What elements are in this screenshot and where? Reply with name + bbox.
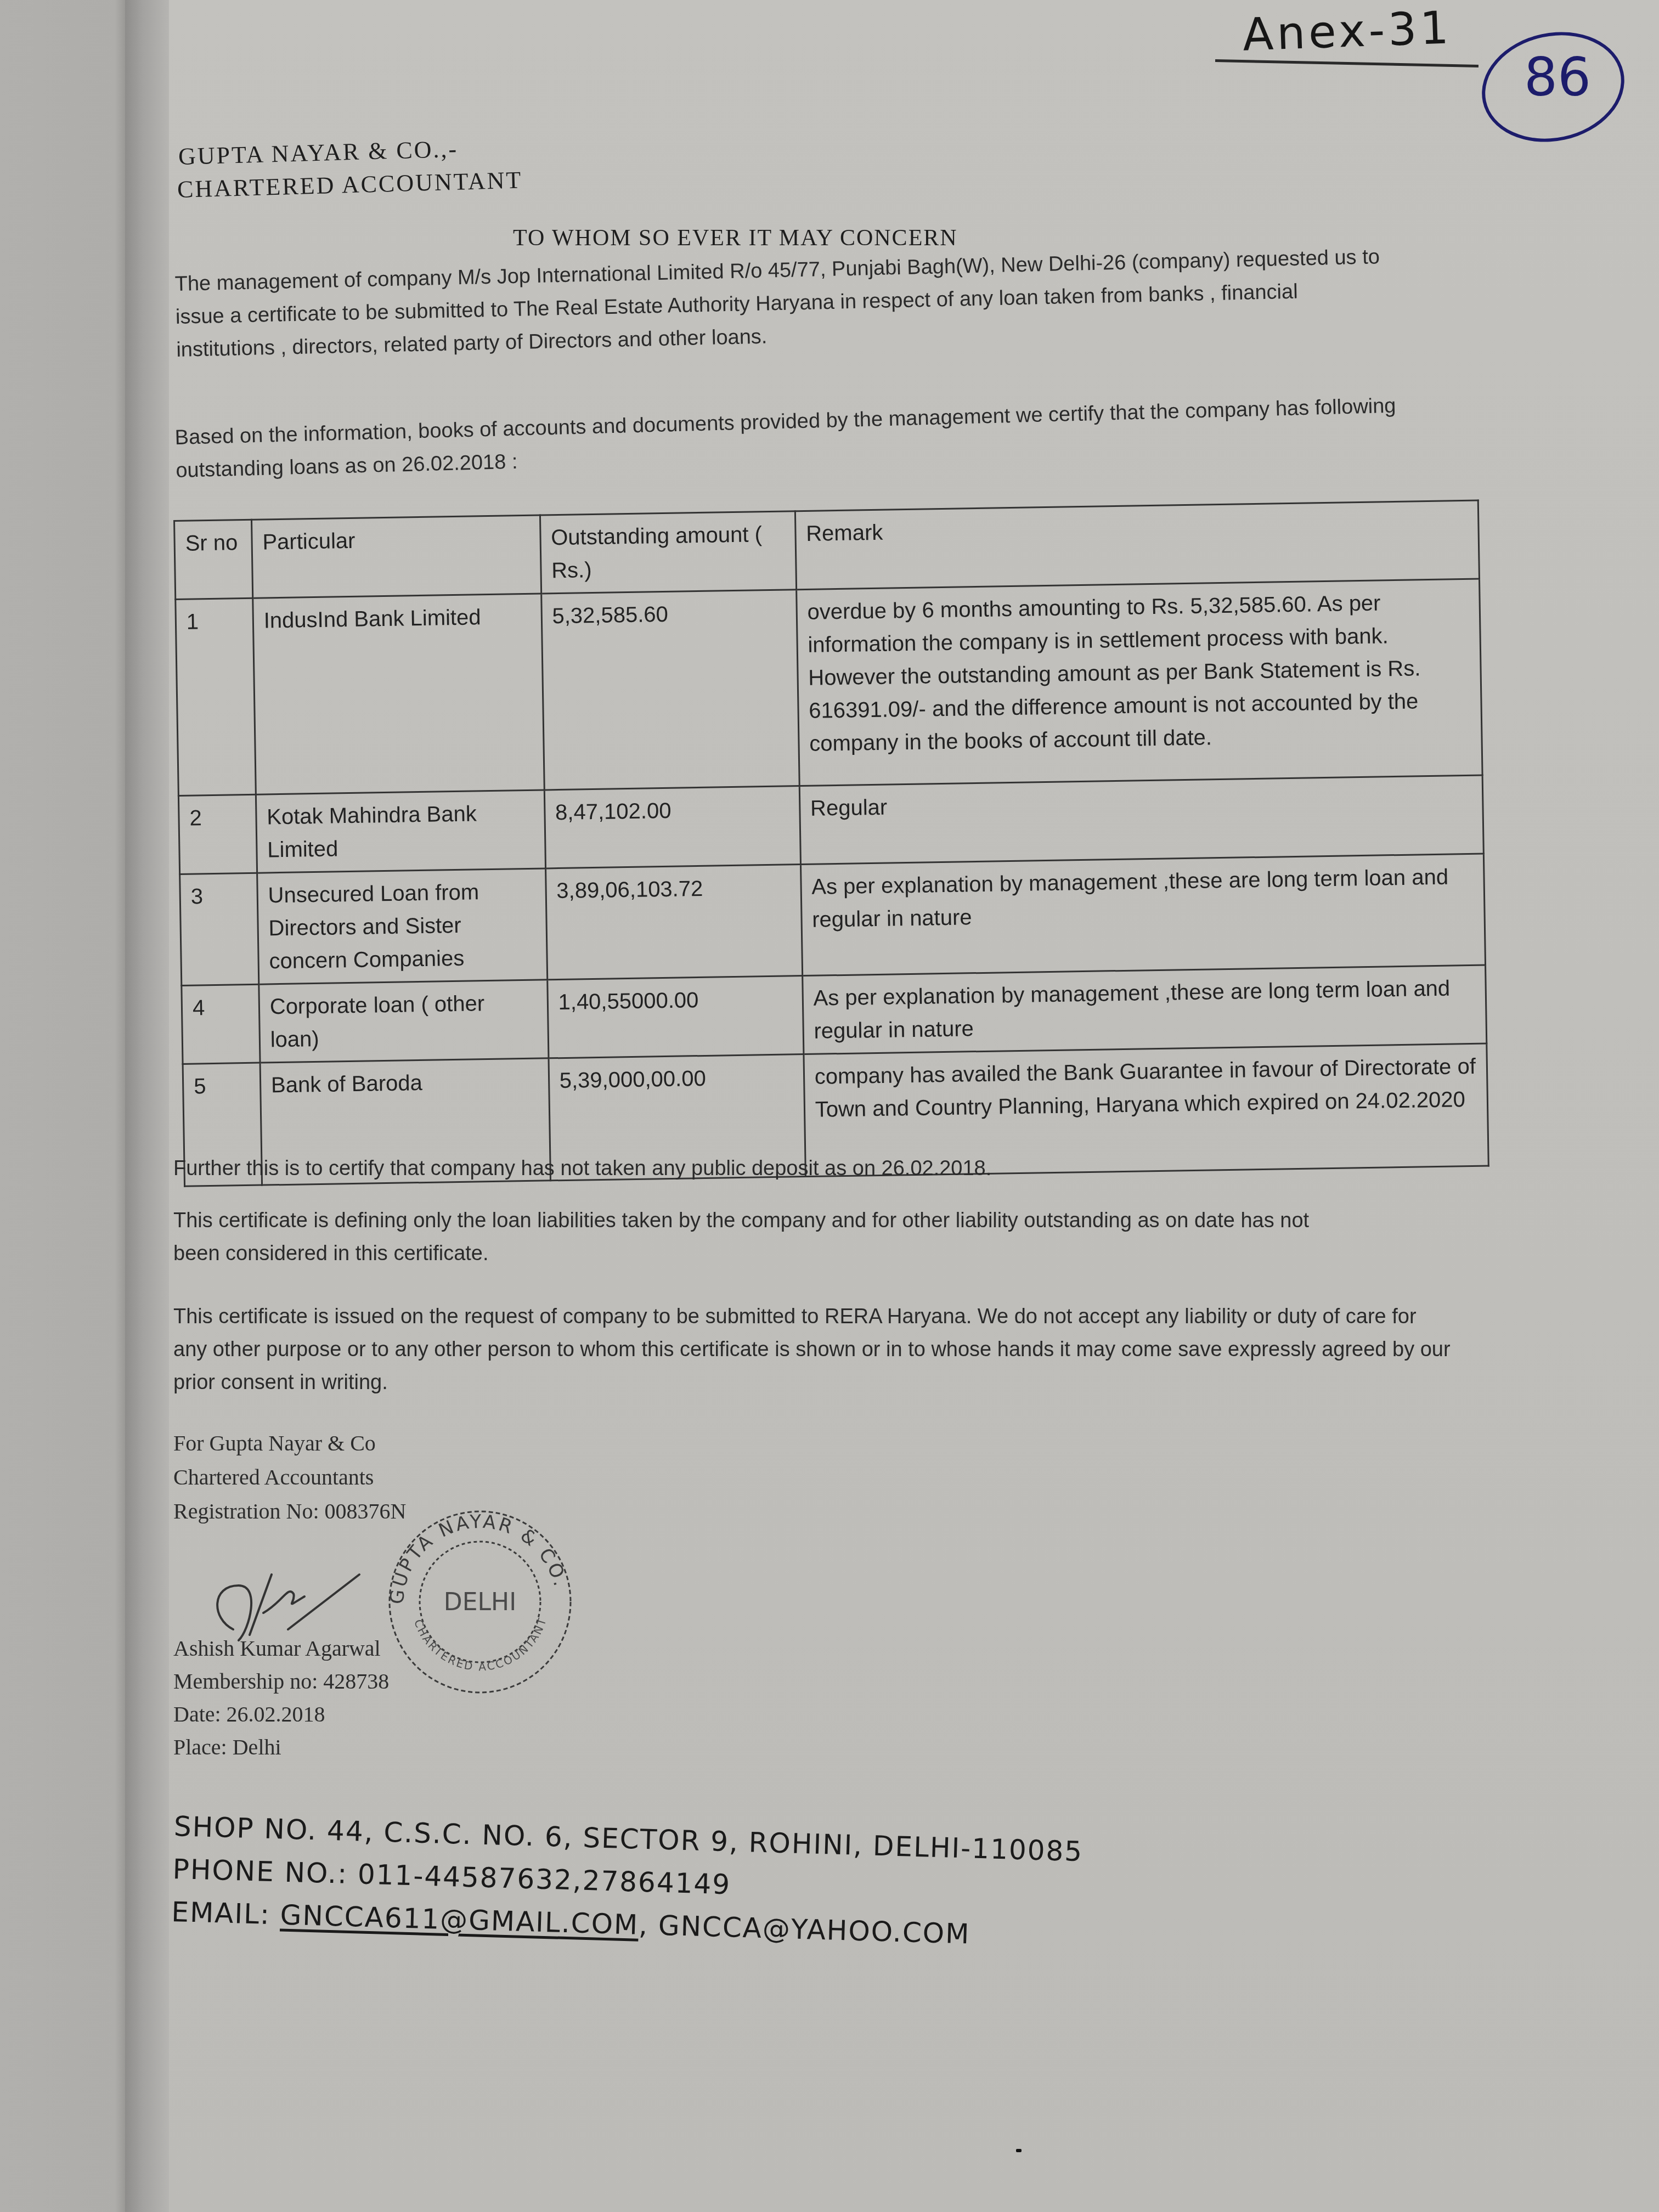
cell-sr-no: 2 (178, 794, 257, 874)
page-number: 86 (1524, 47, 1591, 108)
document-title: TO WHOM SO EVER IT MAY CONCERN (513, 225, 958, 251)
paper-speck (1016, 2149, 1022, 2152)
cell-amount: 8,47,102.00 (544, 786, 800, 868)
header-remark: Remark (795, 500, 1479, 590)
email-secondary: , GNCCA@YAHOO.COM (638, 1909, 970, 1950)
binding-gutter-shadow (125, 0, 169, 2212)
disclaimer-paragraph: This certificate is issued on the reques… (173, 1300, 1452, 1399)
cell-remark: As per explanation by management ,these … (802, 965, 1486, 1054)
cell-particular: Kotak Mahindra Bank Limited (256, 790, 545, 873)
annex-handwritten-label: Anex-31 (1242, 2, 1453, 61)
certificate-date: Date: 26.02.2018 (173, 1698, 389, 1731)
public-deposit-paragraph: Further this is to certify that company … (173, 1152, 1435, 1185)
outstanding-loans-table: Sr no Particular Outstanding amount ( Rs… (173, 500, 1489, 1187)
cell-amount: 1,40,55000.00 (547, 976, 803, 1058)
cell-sr-no: 3 (180, 873, 259, 985)
left-page-edge (0, 0, 125, 2212)
signatory-details: Ashish Kumar Agarwal Membership no: 4287… (173, 1632, 389, 1764)
cell-particular: Corporate loan ( other loan) (259, 980, 549, 1063)
cell-remark: As per explanation by management ,these … (800, 854, 1485, 976)
scope-paragraph: This certificate is defining only the lo… (173, 1204, 1325, 1270)
cell-amount: 5,32,585.60 (541, 590, 799, 790)
cell-sr-no: 4 (182, 984, 260, 1064)
email-primary-link[interactable]: GNCCA611@GMAIL.COM (280, 1899, 639, 1940)
certificate-place: Place: Delhi (173, 1731, 389, 1764)
svg-text:DELHI: DELHI (444, 1588, 516, 1616)
header-particular: Particular (251, 515, 541, 598)
header-outstanding-amount: Outstanding amount ( Rs.) (540, 511, 796, 594)
cell-amount: 3,89,06,103.72 (545, 865, 802, 980)
cell-sr-no: 1 (176, 598, 256, 795)
cell-particular: IndusInd Bank Limited (253, 594, 544, 794)
header-sr-no: Sr no (174, 520, 253, 599)
table-row: 1 IndusInd Bank Limited 5,32,585.60 over… (176, 579, 1482, 795)
email-label: EMAIL: (171, 1896, 271, 1931)
firm-stamp-icon: GUPTA NAYAR & CO. CHARTERED ACCOUNTANTS … (370, 1500, 590, 1698)
firm-contact-footer: SHOP NO. 44, C.S.C. NO. 6, SECTOR 9, ROH… (171, 1805, 1084, 1959)
signatory-name: Ashish Kumar Agarwal (173, 1632, 389, 1665)
signatory-for-firm: For Gupta Nayar & Co (173, 1426, 406, 1460)
membership-number: Membership no: 428738 (173, 1665, 389, 1698)
cell-remark: Regular (799, 775, 1483, 865)
table-row: 3 Unsecured Loan from Directors and Sist… (180, 854, 1486, 985)
signatory-designation: Chartered Accountants (173, 1460, 406, 1494)
cell-remark: overdue by 6 months amounting to Rs. 5,3… (796, 579, 1482, 786)
cell-particular: Unsecured Loan from Directors and Sister… (257, 868, 547, 984)
